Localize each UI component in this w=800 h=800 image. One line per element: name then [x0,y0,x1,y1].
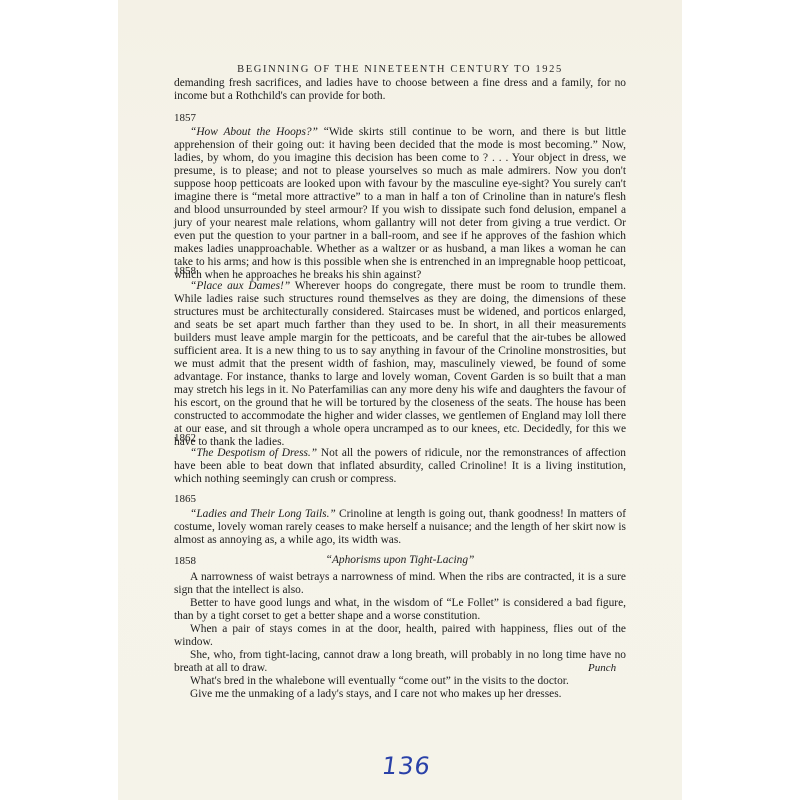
aphorisms-title: “Aphorisms upon Tight-Lacing” [174,554,626,566]
entry-title: “Place aux Dames!” [190,280,290,292]
entry-year: 1865 [174,493,196,505]
aphorism: What's bred in the whalebone will eventu… [174,675,626,688]
entry-year: 1857 [174,112,196,124]
entry-1858: “Place aux Dames!” Wherever hoops do con… [174,280,626,449]
entry-year: 1858 [174,265,196,277]
aphorism: Better to have good lungs and what, in t… [174,597,626,623]
entry-title: “Ladies and Their Long Tails.” [190,508,336,520]
entry-1862: “The Despotism of Dress.” Not all the po… [174,447,626,486]
aphorism: Give me the unmaking of a lady's stays, … [174,688,626,701]
aphorisms-list: A narrowness of waist betrays a narrowne… [174,571,626,701]
entry-year: 1862 [174,432,196,444]
aphorism: A narrowness of waist betrays a narrowne… [174,571,626,597]
aphorism: She, who, from tight-lacing, cannot draw… [174,649,626,675]
entry-title: “How About the Hoops?” [190,126,318,138]
entry-title: “The Despotism of Dress.” [190,447,317,459]
entry-1857: “How About the Hoops?” “Wide skirts stil… [174,126,626,282]
opening-text: demanding fresh sacrifices, and ladies h… [174,77,626,103]
running-head: BEGINNING OF THE NINETEENTH CENTURY TO 1… [174,64,626,75]
entry-1865: “Ladies and Their Long Tails.” Crinoline… [174,508,626,547]
opening-paragraph: demanding fresh sacrifices, and ladies h… [174,77,626,103]
entry-body: “Wide skirts still continue to be worn, … [174,126,626,281]
entry-body: Wherever hoops do congregate, there must… [174,280,626,448]
handwritten-page-number: 136 [380,752,433,780]
source-attribution: Punch [588,662,616,674]
aphorism: When a pair of stays comes in at the doo… [174,623,626,649]
